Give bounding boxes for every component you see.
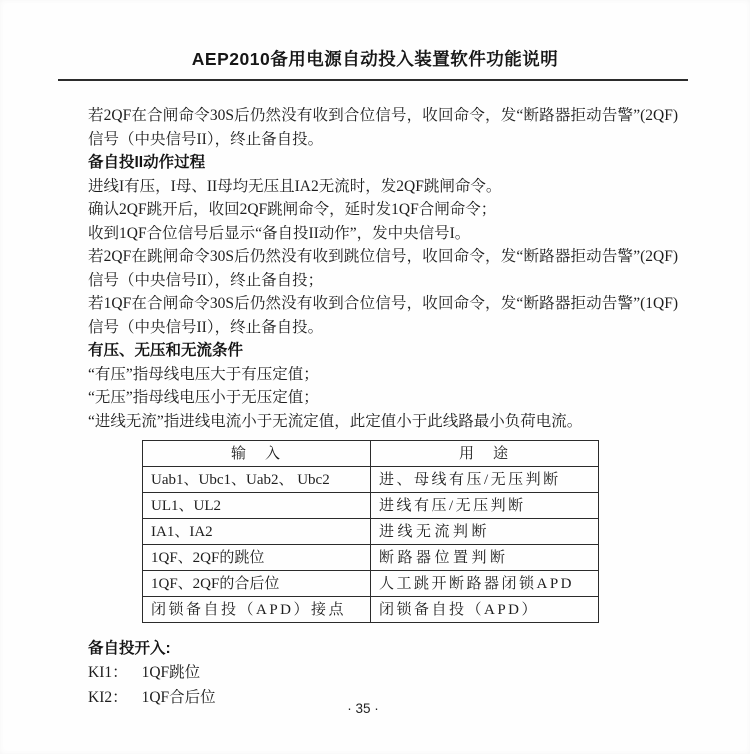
- section-heading-apd2-process: 备自投II动作过程: [88, 151, 678, 175]
- input-cell: UL1、UL2: [143, 493, 371, 519]
- table-row: 闭锁备自投（APD）接点 闭锁备自投（APD）: [143, 597, 599, 623]
- usage-cell: 进线无流判断: [371, 519, 599, 545]
- input-cell: 1QF、2QF的跳位: [143, 545, 371, 571]
- usage-column-header: 用 途: [371, 441, 599, 467]
- io-table-wrapper: 输 入 用 途 Uab1、Ubc1、Uab2、 Ubc2 进、母线有压/无压判断…: [142, 440, 678, 623]
- paragraph: “有压”指母线电压大于有压定值；: [88, 363, 678, 387]
- input-cell: 闭锁备自投（APD）接点: [143, 597, 371, 623]
- io-table: 输 入 用 途 Uab1、Ubc1、Uab2、 Ubc2 进、母线有压/无压判断…: [142, 440, 599, 623]
- paragraph: 若2QF在跳闸命令30S后仍然没有收到跳位信号，收回命令，发“断路器拒动告警”(…: [88, 245, 678, 292]
- input-cell: 1QF、2QF的合后位: [143, 571, 371, 597]
- table-row: IA1、IA2 进线无流判断: [143, 519, 599, 545]
- document-body: 若2QF在合闸命令30S后仍然没有收到合位信号，收回命令，发“断路器拒动告警”(…: [88, 104, 678, 710]
- usage-cell: 进、母线有压/无压判断: [371, 467, 599, 493]
- io-input-item: KI1：1QF跳位: [88, 660, 678, 685]
- page-number: · 35 ·: [0, 701, 726, 716]
- input-column-header: 输 入: [143, 441, 371, 467]
- io-input-section: 备自投开入: KI1：1QF跳位 KI2：1QF合后位: [88, 637, 678, 710]
- section-heading-voltage-conditions: 有压、无压和无流条件: [88, 339, 678, 363]
- input-cell: IA1、IA2: [143, 519, 371, 545]
- io-input-heading: 备自投开入:: [88, 637, 678, 660]
- table-row: Uab1、Ubc1、Uab2、 Ubc2 进、母线有压/无压判断: [143, 467, 599, 493]
- paragraph: 若1QF在合闸命令30S后仍然没有收到合位信号，收回命令，发“断路器拒动告警”(…: [88, 292, 678, 339]
- usage-cell: 闭锁备自投（APD）: [371, 597, 599, 623]
- table-row: UL1、UL2 进线有压/无压判断: [143, 493, 599, 519]
- paragraph: 确认2QF跳开后，收回2QF跳闸命令，延时发1QF合闸命令；: [88, 198, 678, 222]
- table-row: 1QF、2QF的合后位 人工跳开断路器闭锁APD: [143, 571, 599, 597]
- io-input-value: 1QF跳位: [142, 664, 201, 681]
- usage-cell: 人工跳开断路器闭锁APD: [371, 571, 599, 597]
- page-title: AEP2010备用电源自动投入装置软件功能说明: [0, 46, 750, 71]
- paragraph: 进线I有压，I母、II母均无压且IA2无流时，发2QF跳闸命令。: [88, 175, 678, 199]
- table-header-row: 输 入 用 途: [143, 441, 599, 467]
- io-input-label: KI1：: [88, 664, 128, 681]
- document-page: AEP2010备用电源自动投入装置软件功能说明 若2QF在合闸命令30S后仍然没…: [0, 0, 750, 754]
- paragraph: 收到1QF合位信号后显示“备自投II动作”，发中央信号I。: [88, 222, 678, 246]
- usage-cell: 断路器位置判断: [371, 545, 599, 571]
- usage-cell: 进线有压/无压判断: [371, 493, 599, 519]
- paragraph: “进线无流”指进线电流小于无流定值，此定值小于此线路最小负荷电流。: [88, 410, 678, 434]
- table-row: 1QF、2QF的跳位 断路器位置判断: [143, 545, 599, 571]
- header-rule: [58, 79, 688, 81]
- input-cell: Uab1、Ubc1、Uab2、 Ubc2: [143, 467, 371, 493]
- paragraph: 若2QF在合闸命令30S后仍然没有收到合位信号，收回命令，发“断路器拒动告警”(…: [88, 104, 678, 151]
- paragraph: “无压”指母线电压小于无压定值；: [88, 386, 678, 410]
